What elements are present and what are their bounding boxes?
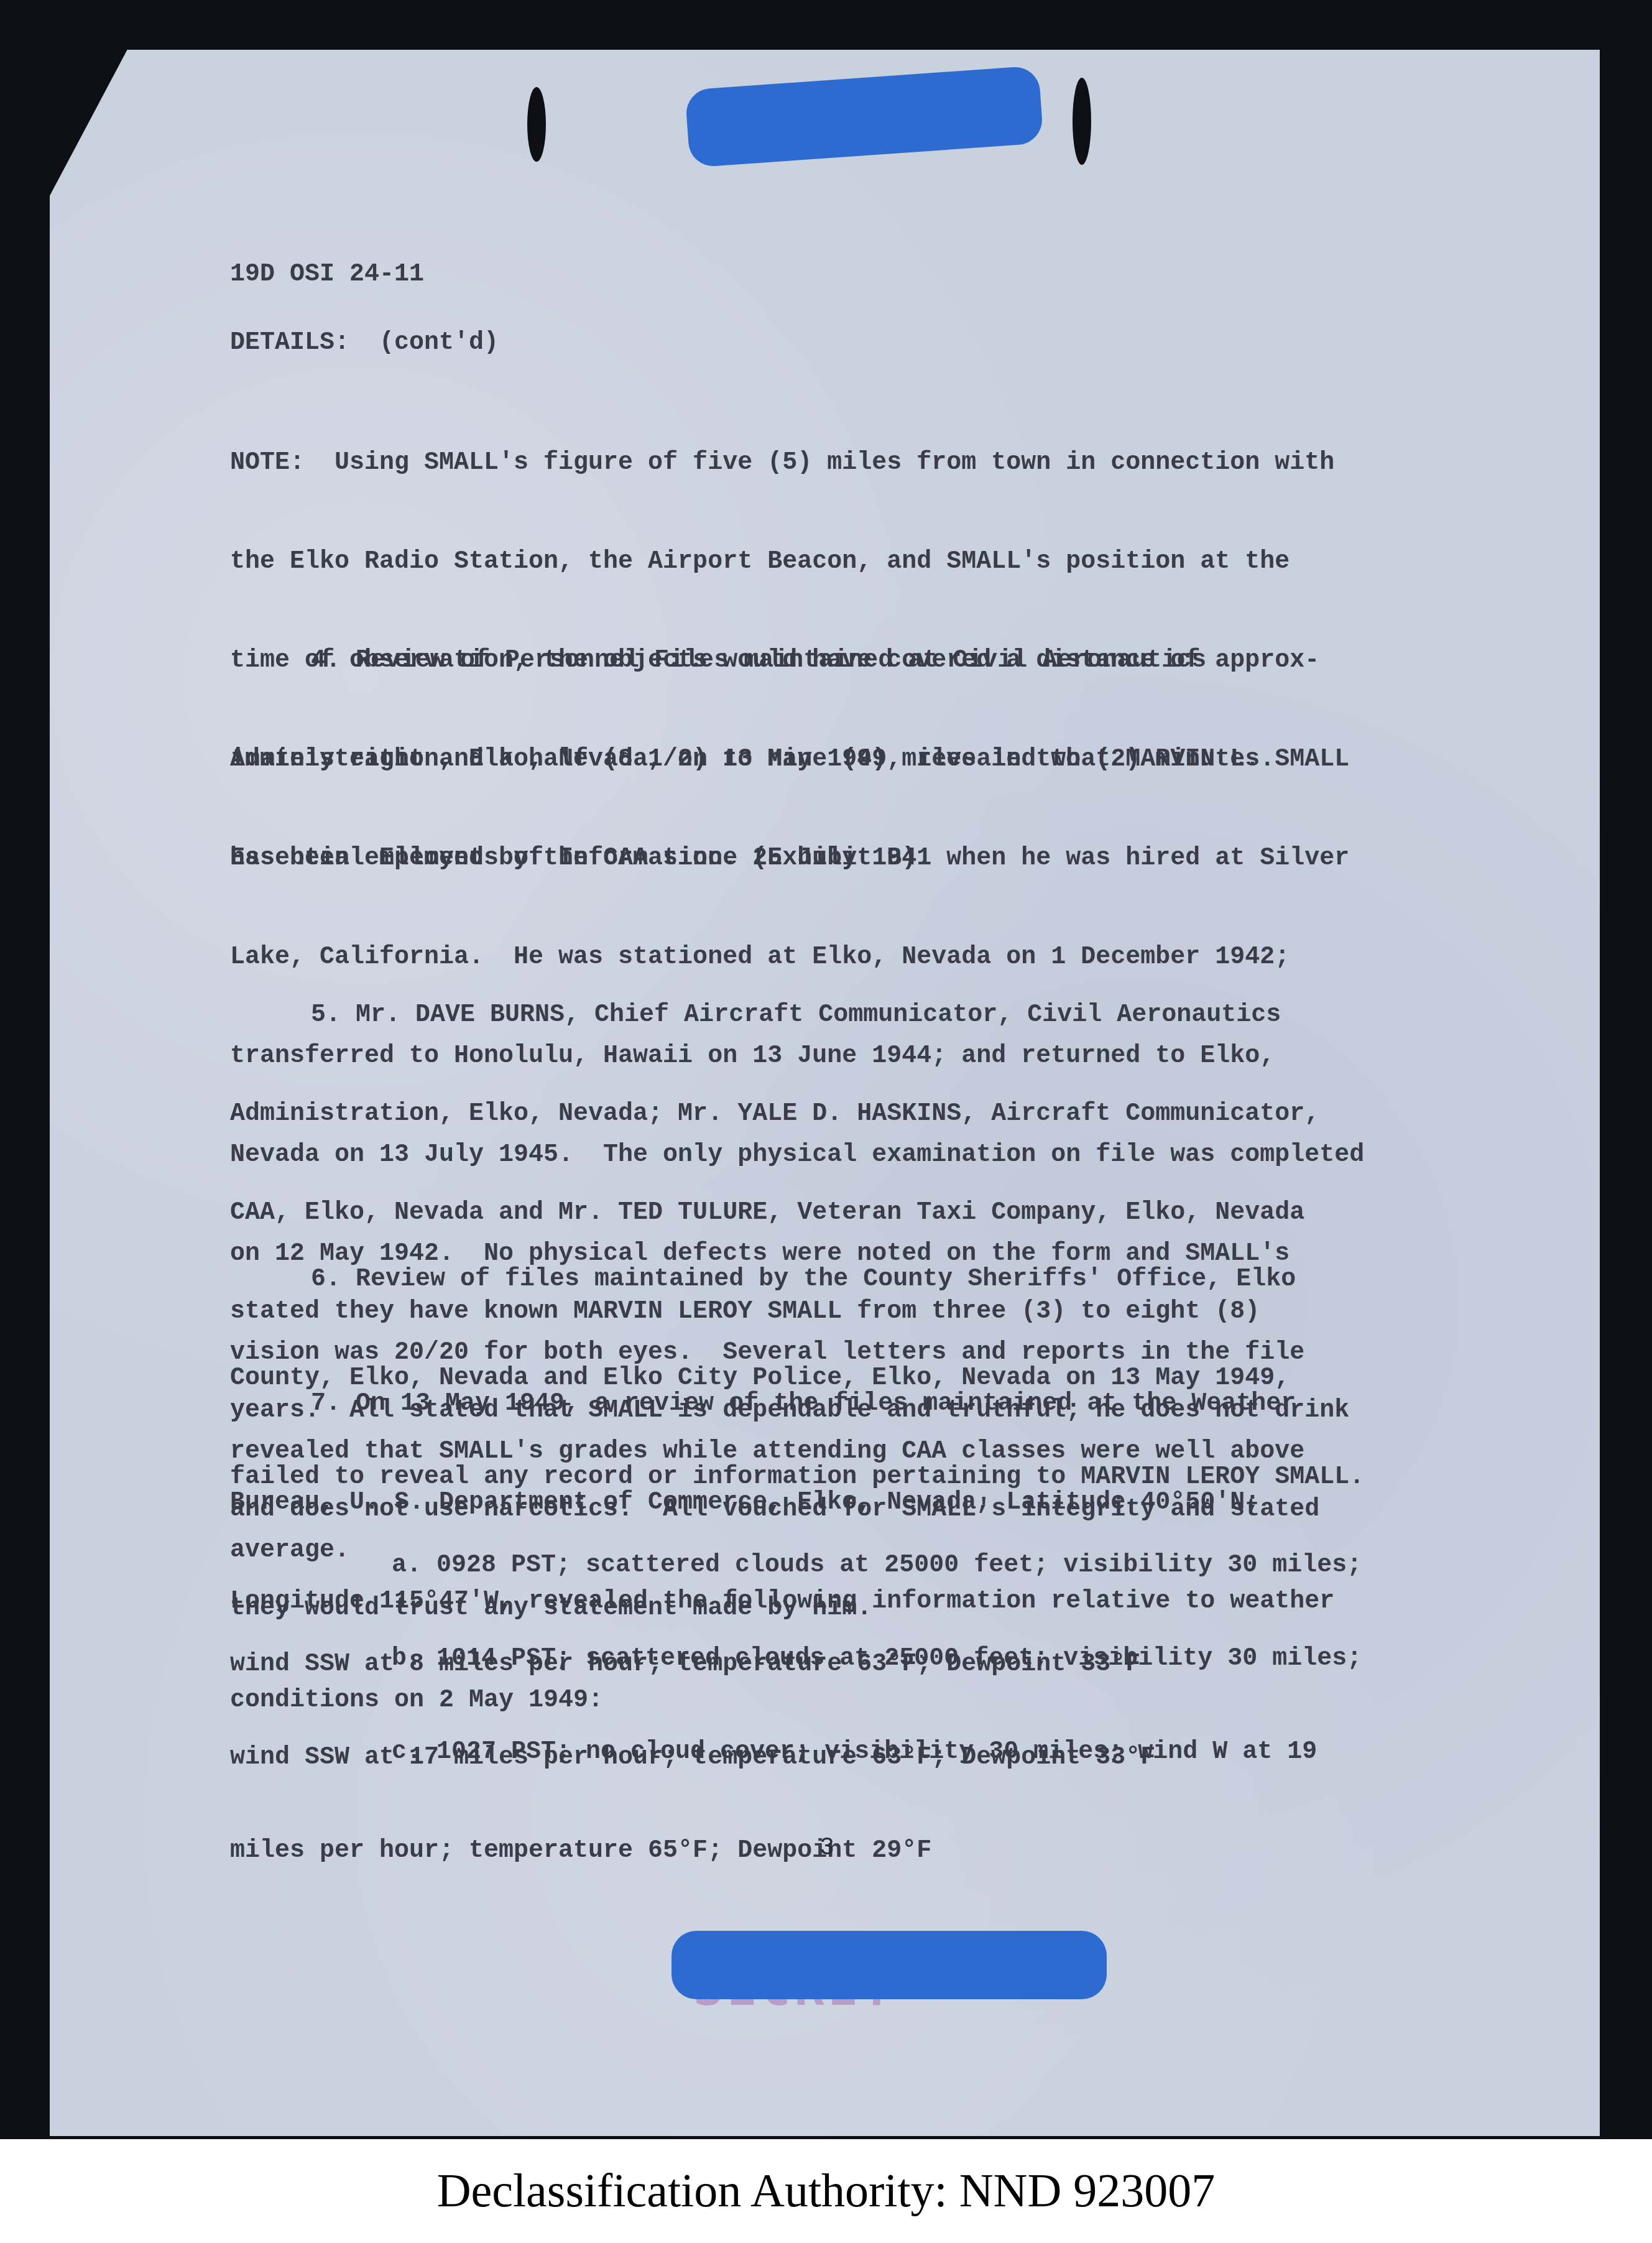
paragraph-number: 4. (311, 647, 341, 675)
item-letter: c. (392, 1738, 422, 1766)
file-number: 19D OSI 24-11 (230, 258, 424, 291)
item-letter: b. (392, 1645, 422, 1673)
page-number: 3 (819, 1834, 834, 1862)
note-line: the Elko Radio Station, the Airport Beac… (230, 545, 1334, 578)
declassification-caption: Declassification Authority: NND 923007 (0, 2139, 1652, 2243)
punch-hole-left (527, 87, 546, 162)
paragraph-number: 6. (311, 1265, 341, 1293)
weather-item-c: c. 1027 PST; no cloud cover; visibility … (230, 1670, 1317, 1900)
paragraph-number: 5. (311, 1001, 341, 1029)
note-line: NOTE: Using SMALL's figure of five (5) m… (230, 446, 1334, 479)
item-letter: a. (392, 1552, 422, 1579)
punch-hole-right (1073, 78, 1091, 165)
section-heading: DETAILS: (cont'd) (230, 326, 499, 359)
redaction-marker-bottom (671, 1931, 1107, 1999)
paragraph-number: 7. (311, 1390, 341, 1418)
